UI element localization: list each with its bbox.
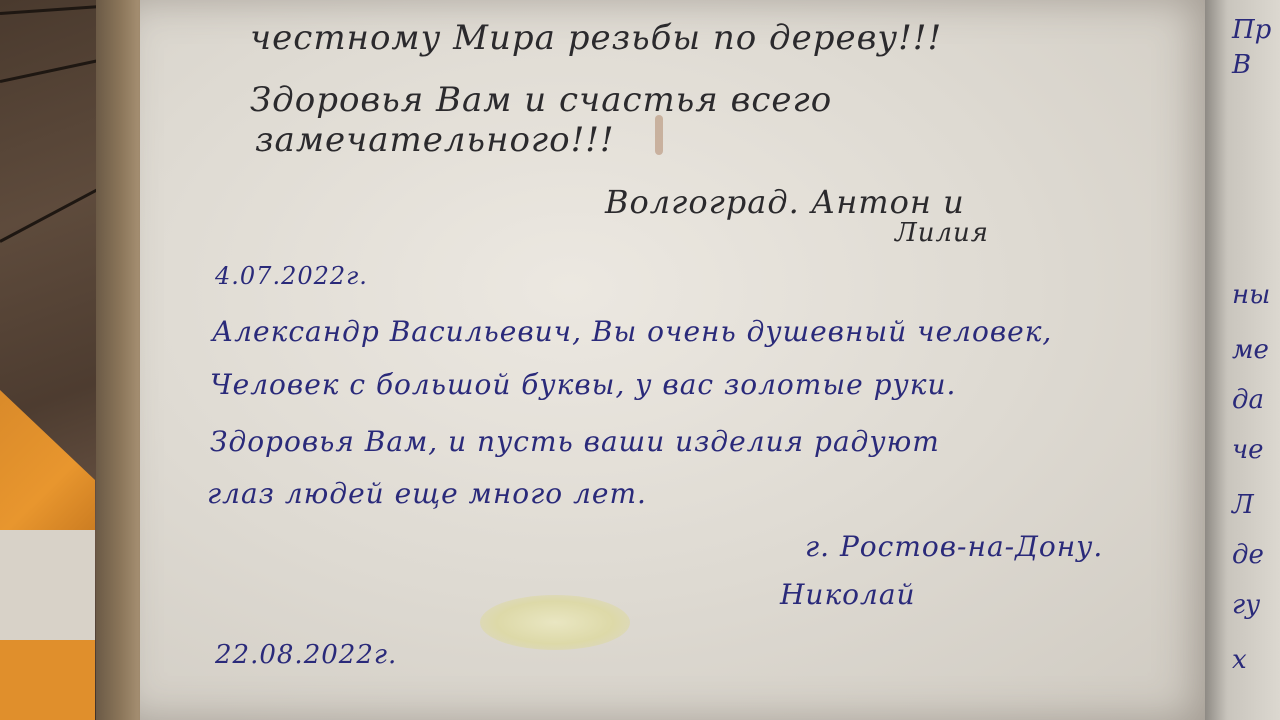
- signature-name: Николай: [780, 578, 916, 611]
- handwritten-line: замечательного!!!: [255, 120, 615, 160]
- handwritten-line: Александр Васильевич, Вы очень душевный …: [212, 315, 1052, 348]
- handwritten-line: глаз людей еще много лет.: [207, 477, 647, 510]
- page-fragment: че: [1232, 435, 1264, 465]
- page-fragment: В: [1232, 50, 1251, 80]
- page-fragment: Пр: [1232, 15, 1271, 45]
- entry-date: 4.07.2022г.: [215, 262, 368, 290]
- wood-crack: [0, 4, 110, 15]
- handwritten-line: Здоровья Вам и счастья всего: [250, 80, 832, 120]
- white-object: [0, 530, 95, 640]
- page-fragment: Л: [1232, 490, 1254, 520]
- handwritten-line: Человек с большой буквы, у вас золотые р…: [210, 368, 956, 401]
- signature-city: г. Ростов-на-Дону.: [805, 530, 1103, 563]
- entry-date: 22.08.2022г.: [215, 640, 397, 670]
- glue-stain: [480, 595, 630, 650]
- page-fragment: ме: [1232, 335, 1269, 365]
- signature-name: Лилия: [895, 218, 989, 248]
- page-fragment: де: [1232, 540, 1264, 570]
- page-fragment: да: [1232, 385, 1264, 415]
- wood-crack: [0, 189, 98, 243]
- handwritten-line: Здоровья Вам, и пусть ваши изделия радую…: [210, 425, 940, 458]
- page-fragment: гу: [1232, 590, 1260, 620]
- wood-crack: [0, 57, 108, 83]
- page-fragment: х: [1232, 645, 1247, 675]
- signature-city: Волгоград. Антон и: [605, 183, 965, 221]
- orange-object: [0, 640, 95, 720]
- handwritten-line: честному Мира резьбы по дереву!!!: [250, 18, 942, 58]
- rust-stain: [655, 115, 663, 155]
- page-fragment: ны: [1232, 280, 1270, 310]
